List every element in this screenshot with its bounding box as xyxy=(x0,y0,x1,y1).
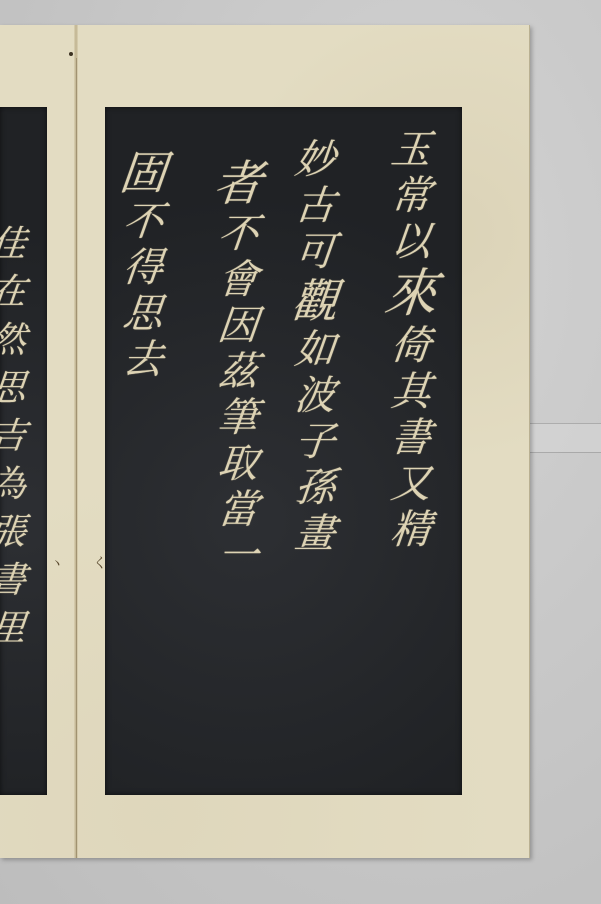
glyph: 去 xyxy=(121,340,165,380)
page-speck xyxy=(69,52,73,56)
glyph: 得 xyxy=(121,248,165,288)
glyph: 波 xyxy=(293,376,337,416)
glyph: 又 xyxy=(389,464,433,504)
glyph: 可 xyxy=(293,232,337,272)
glyph: 張 xyxy=(0,515,28,551)
left-rubbing-panel: 佳 在 然 思 吉 為 張 書 里 xyxy=(0,107,47,795)
glyph: 者 xyxy=(211,160,264,208)
glyph: 其 xyxy=(389,372,433,412)
glyph: 茲 xyxy=(216,352,260,392)
glyph: 倚 xyxy=(389,326,433,366)
glyph: 精 xyxy=(389,510,433,550)
glyph: 書 xyxy=(389,418,433,458)
left-calligraphy-column: 佳 在 然 思 吉 為 張 書 里 xyxy=(0,227,26,659)
glyph: 在 xyxy=(0,275,28,311)
glyph: 當 xyxy=(216,490,260,530)
glyph: 觀 xyxy=(290,278,341,324)
glyph: 取 xyxy=(216,444,260,484)
glyph: 因 xyxy=(216,306,260,346)
glyph: 思 xyxy=(121,294,165,334)
glyph: 孫 xyxy=(293,468,337,508)
glyph: 子 xyxy=(293,422,337,462)
glyph: 為 xyxy=(0,467,28,503)
background-line xyxy=(528,423,601,424)
glyph: 來 xyxy=(382,268,439,320)
glyph: 固 xyxy=(118,150,169,196)
calligraphy-column-1: 玉 常 以 來 倚 其 書 又 精 xyxy=(385,130,437,556)
glyph: 吉 xyxy=(0,419,28,455)
background-band xyxy=(528,423,601,452)
fold-mark-right: く xyxy=(93,553,107,573)
glyph: 不 xyxy=(121,202,165,242)
glyph: 思 xyxy=(0,371,28,407)
background-line xyxy=(528,452,601,453)
calligraphy-column-3: 者 不 會 因 茲 筆 取 當 一 xyxy=(214,160,262,582)
glyph: 筆 xyxy=(216,398,260,438)
glyph: 如 xyxy=(293,330,337,370)
calligraphy-column-4: 固 不 得 思 去 xyxy=(120,150,166,386)
glyph: 一 xyxy=(216,536,260,576)
calligraphy-column-2: 妙 古 可 觀 如 波 子 孫 畫 xyxy=(292,140,338,560)
glyph: 常 xyxy=(389,176,433,216)
fold-mark-left: ヽ xyxy=(50,553,64,573)
glyph: 里 xyxy=(0,611,28,647)
glyph: 畫 xyxy=(293,514,337,554)
glyph: 古 xyxy=(293,186,337,226)
glyph: 佳 xyxy=(0,227,28,263)
glyph: 會 xyxy=(216,260,260,300)
spine-crease xyxy=(76,58,77,858)
glyph: 玉 xyxy=(389,130,433,170)
glyph: 書 xyxy=(0,563,28,599)
glyph: 以 xyxy=(389,222,433,262)
glyph: 不 xyxy=(216,214,260,254)
glyph: 妙 xyxy=(293,140,337,180)
glyph: 然 xyxy=(0,323,28,359)
